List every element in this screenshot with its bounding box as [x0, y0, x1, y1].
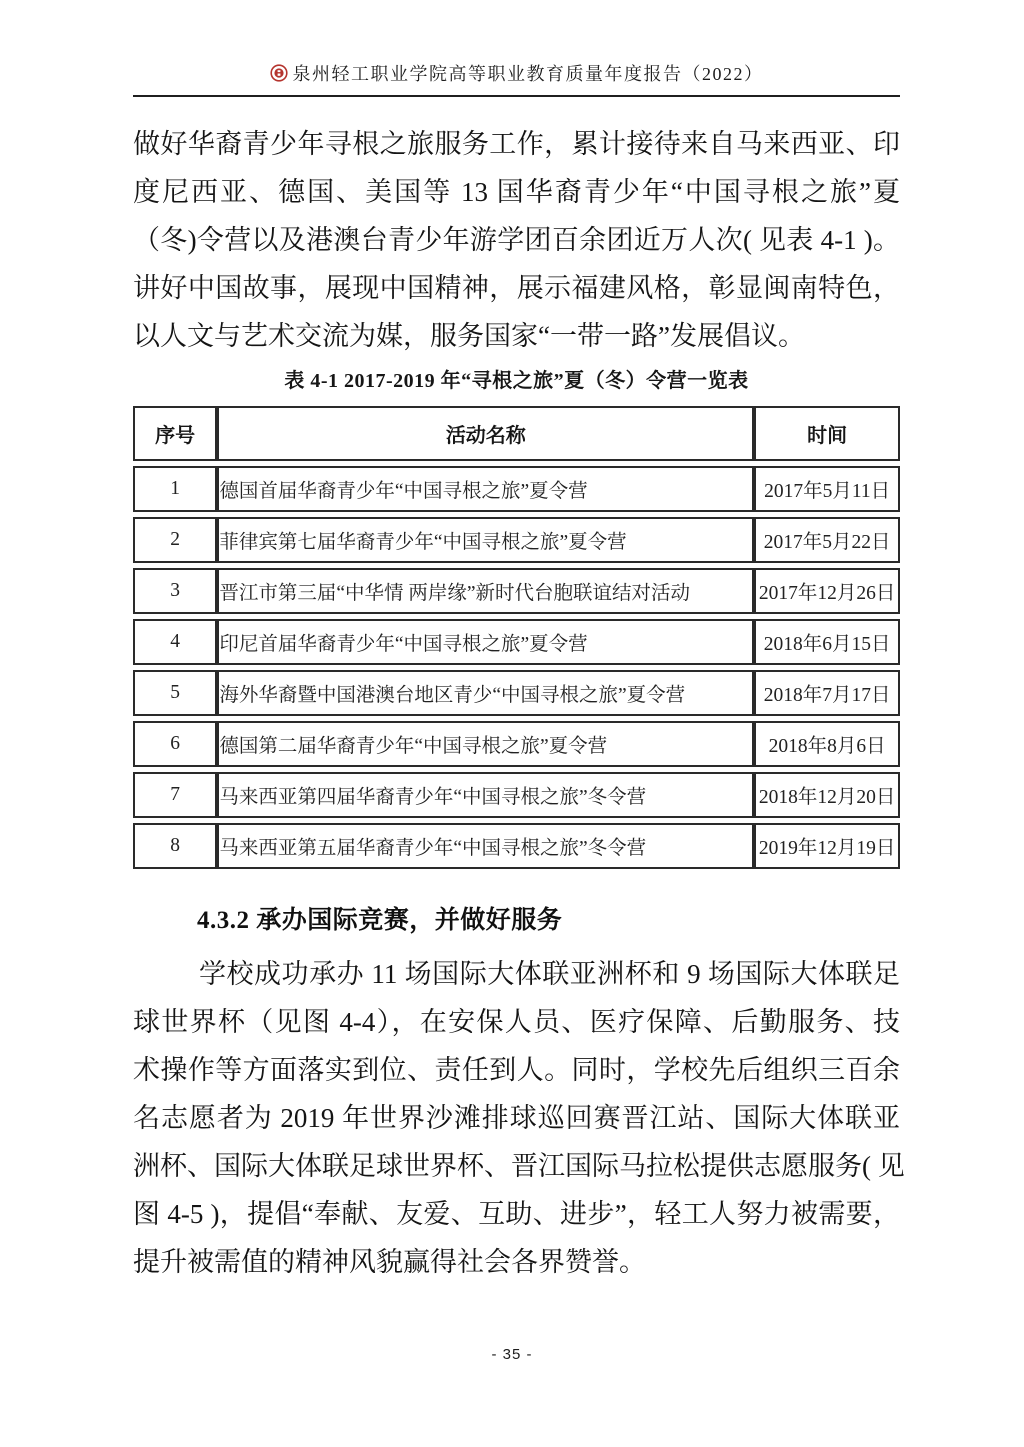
header-divider	[133, 95, 900, 97]
cell-activity: 德国第二届华裔青少年“中国寻根之旅”夏令营	[217, 721, 754, 767]
cell-seq: 2	[133, 517, 217, 563]
cell-seq: 1	[133, 466, 217, 512]
cell-date: 2017年5月11日	[754, 466, 900, 512]
cell-seq: 8	[133, 823, 217, 869]
body-text-line: 图 4-5 )，提倡“奉献、友爱、互助、进步”，轻工人努力被需要，	[133, 1190, 900, 1238]
table-row: 2菲律宾第七届华裔青少年“中国寻根之旅”夏令营2017年5月22日	[133, 517, 900, 563]
body-text-line: 以人文与艺术交流为媒，服务国家“一带一路”发展倡议。	[133, 312, 900, 360]
cell-activity: 晋江市第三届“中华情 两岸缘”新时代台胞联谊结对活动	[217, 568, 754, 614]
cell-activity: 马来西亚第五届华裔青少年“中国寻根之旅”冬令营	[217, 823, 754, 869]
cell-seq: 4	[133, 619, 217, 665]
body-text-line: 名志愿者为 2019 年世界沙滩排球巡回赛晋江站、国际大体联亚	[133, 1094, 900, 1142]
paragraph-root-seeking: 做好华裔青少年寻根之旅服务工作，累计接待来自马来西亚、印度尼西亚、德国、美国等 …	[133, 120, 900, 360]
table-row: 4印尼首届华裔青少年“中国寻根之旅”夏令营2018年6月15日	[133, 619, 900, 665]
column-header-time: 时间	[754, 406, 900, 461]
section-heading: 4.3.2 承办国际竞赛，并做好服务	[133, 900, 900, 936]
cell-seq: 3	[133, 568, 217, 614]
cell-activity: 德国首届华裔青少年“中国寻根之旅”夏令营	[217, 466, 754, 512]
table-row: 6德国第二届华裔青少年“中国寻根之旅”夏令营2018年8月6日	[133, 721, 900, 767]
cell-activity: 海外华裔暨中国港澳台地区青少“中国寻根之旅”夏令营	[217, 670, 754, 716]
body-text-line: 学校成功承办 11 场国际大体联亚洲杯和 9 场国际大体联足	[133, 950, 900, 998]
cell-date: 2017年5月22日	[754, 517, 900, 563]
page-number: - 35 -	[0, 1346, 1024, 1363]
body-text-line: 洲杯、国际大体联足球世界杯、晋江国际马拉松提供志愿服务( 见	[133, 1142, 900, 1190]
cell-date: 2018年8月6日	[754, 721, 900, 767]
cell-activity: 马来西亚第四届华裔青少年“中国寻根之旅”冬令营	[217, 772, 754, 818]
table-caption: 表 4-1 2017-2019 年“寻根之旅”夏（冬）令营一览表	[133, 364, 900, 393]
table-row: 7马来西亚第四届华裔青少年“中国寻根之旅”冬令营2018年12月20日	[133, 772, 900, 818]
body-text-line: 提升被需值的精神风貌赢得社会各界赞誉。	[133, 1238, 900, 1286]
cell-seq: 6	[133, 721, 217, 767]
body-text-line: 讲好中国故事，展现中国精神，展示福建风格，彰显闽南特色，	[133, 264, 900, 312]
body-text-line: 度尼西亚、德国、美国等 13 国华裔青少年“中国寻根之旅”夏	[133, 168, 900, 216]
body-text-line: 术操作等方面落实到位、责任到人。同时，学校先后组织三百余	[133, 1046, 900, 1094]
table-row: 3晋江市第三届“中华情 两岸缘”新时代台胞联谊结对活动2017年12月26日	[133, 568, 900, 614]
cell-seq: 7	[133, 772, 217, 818]
cell-activity: 印尼首届华裔青少年“中国寻根之旅”夏令营	[217, 619, 754, 665]
table-header-row: 序号 活动名称 时间	[133, 406, 900, 461]
paragraph-competitions: 学校成功承办 11 场国际大体联亚洲杯和 9 场国际大体联足球世界杯（见图 4-…	[133, 950, 900, 1286]
column-header-seq: 序号	[133, 406, 217, 461]
cell-date: 2017年12月26日	[754, 568, 900, 614]
document-page: 泉州轻工职业学院高等职业教育质量年度报告（2022） 做好华裔青少年寻根之旅服务…	[0, 0, 1024, 1447]
cell-date: 2018年7月17日	[754, 670, 900, 716]
table-row: 5海外华裔暨中国港澳台地区青少“中国寻根之旅”夏令营2018年7月17日	[133, 670, 900, 716]
body-text-line: 球世界杯（见图 4-4），在安保人员、医疗保障、后勤服务、技	[133, 998, 900, 1046]
body-text-line: 做好华裔青少年寻根之旅服务工作，累计接待来自马来西亚、印	[133, 120, 900, 168]
cell-activity: 菲律宾第七届华裔青少年“中国寻根之旅”夏令营	[217, 517, 754, 563]
cell-date: 2018年12月20日	[754, 772, 900, 818]
column-header-activity: 活动名称	[217, 406, 754, 461]
table-row: 8马来西亚第五届华裔青少年“中国寻根之旅”冬令营2019年12月19日	[133, 823, 900, 869]
cell-seq: 5	[133, 670, 217, 716]
camps-table: 序号 活动名称 时间 1德国首届华裔青少年“中国寻根之旅”夏令营2017年5月1…	[133, 401, 900, 874]
table-row: 1德国首届华裔青少年“中国寻根之旅”夏令营2017年5月11日	[133, 466, 900, 512]
school-seal-icon	[270, 64, 288, 82]
document-title: 泉州轻工职业学院高等职业教育质量年度报告（2022）	[293, 60, 764, 86]
cell-date: 2018年6月15日	[754, 619, 900, 665]
cell-date: 2019年12月19日	[754, 823, 900, 869]
body-text-line: （冬)令营以及港澳台青少年游学团百余团近万人次( 见表 4-1 )。	[133, 216, 900, 264]
document-header: 泉州轻工职业学院高等职业教育质量年度报告（2022）	[133, 0, 900, 86]
